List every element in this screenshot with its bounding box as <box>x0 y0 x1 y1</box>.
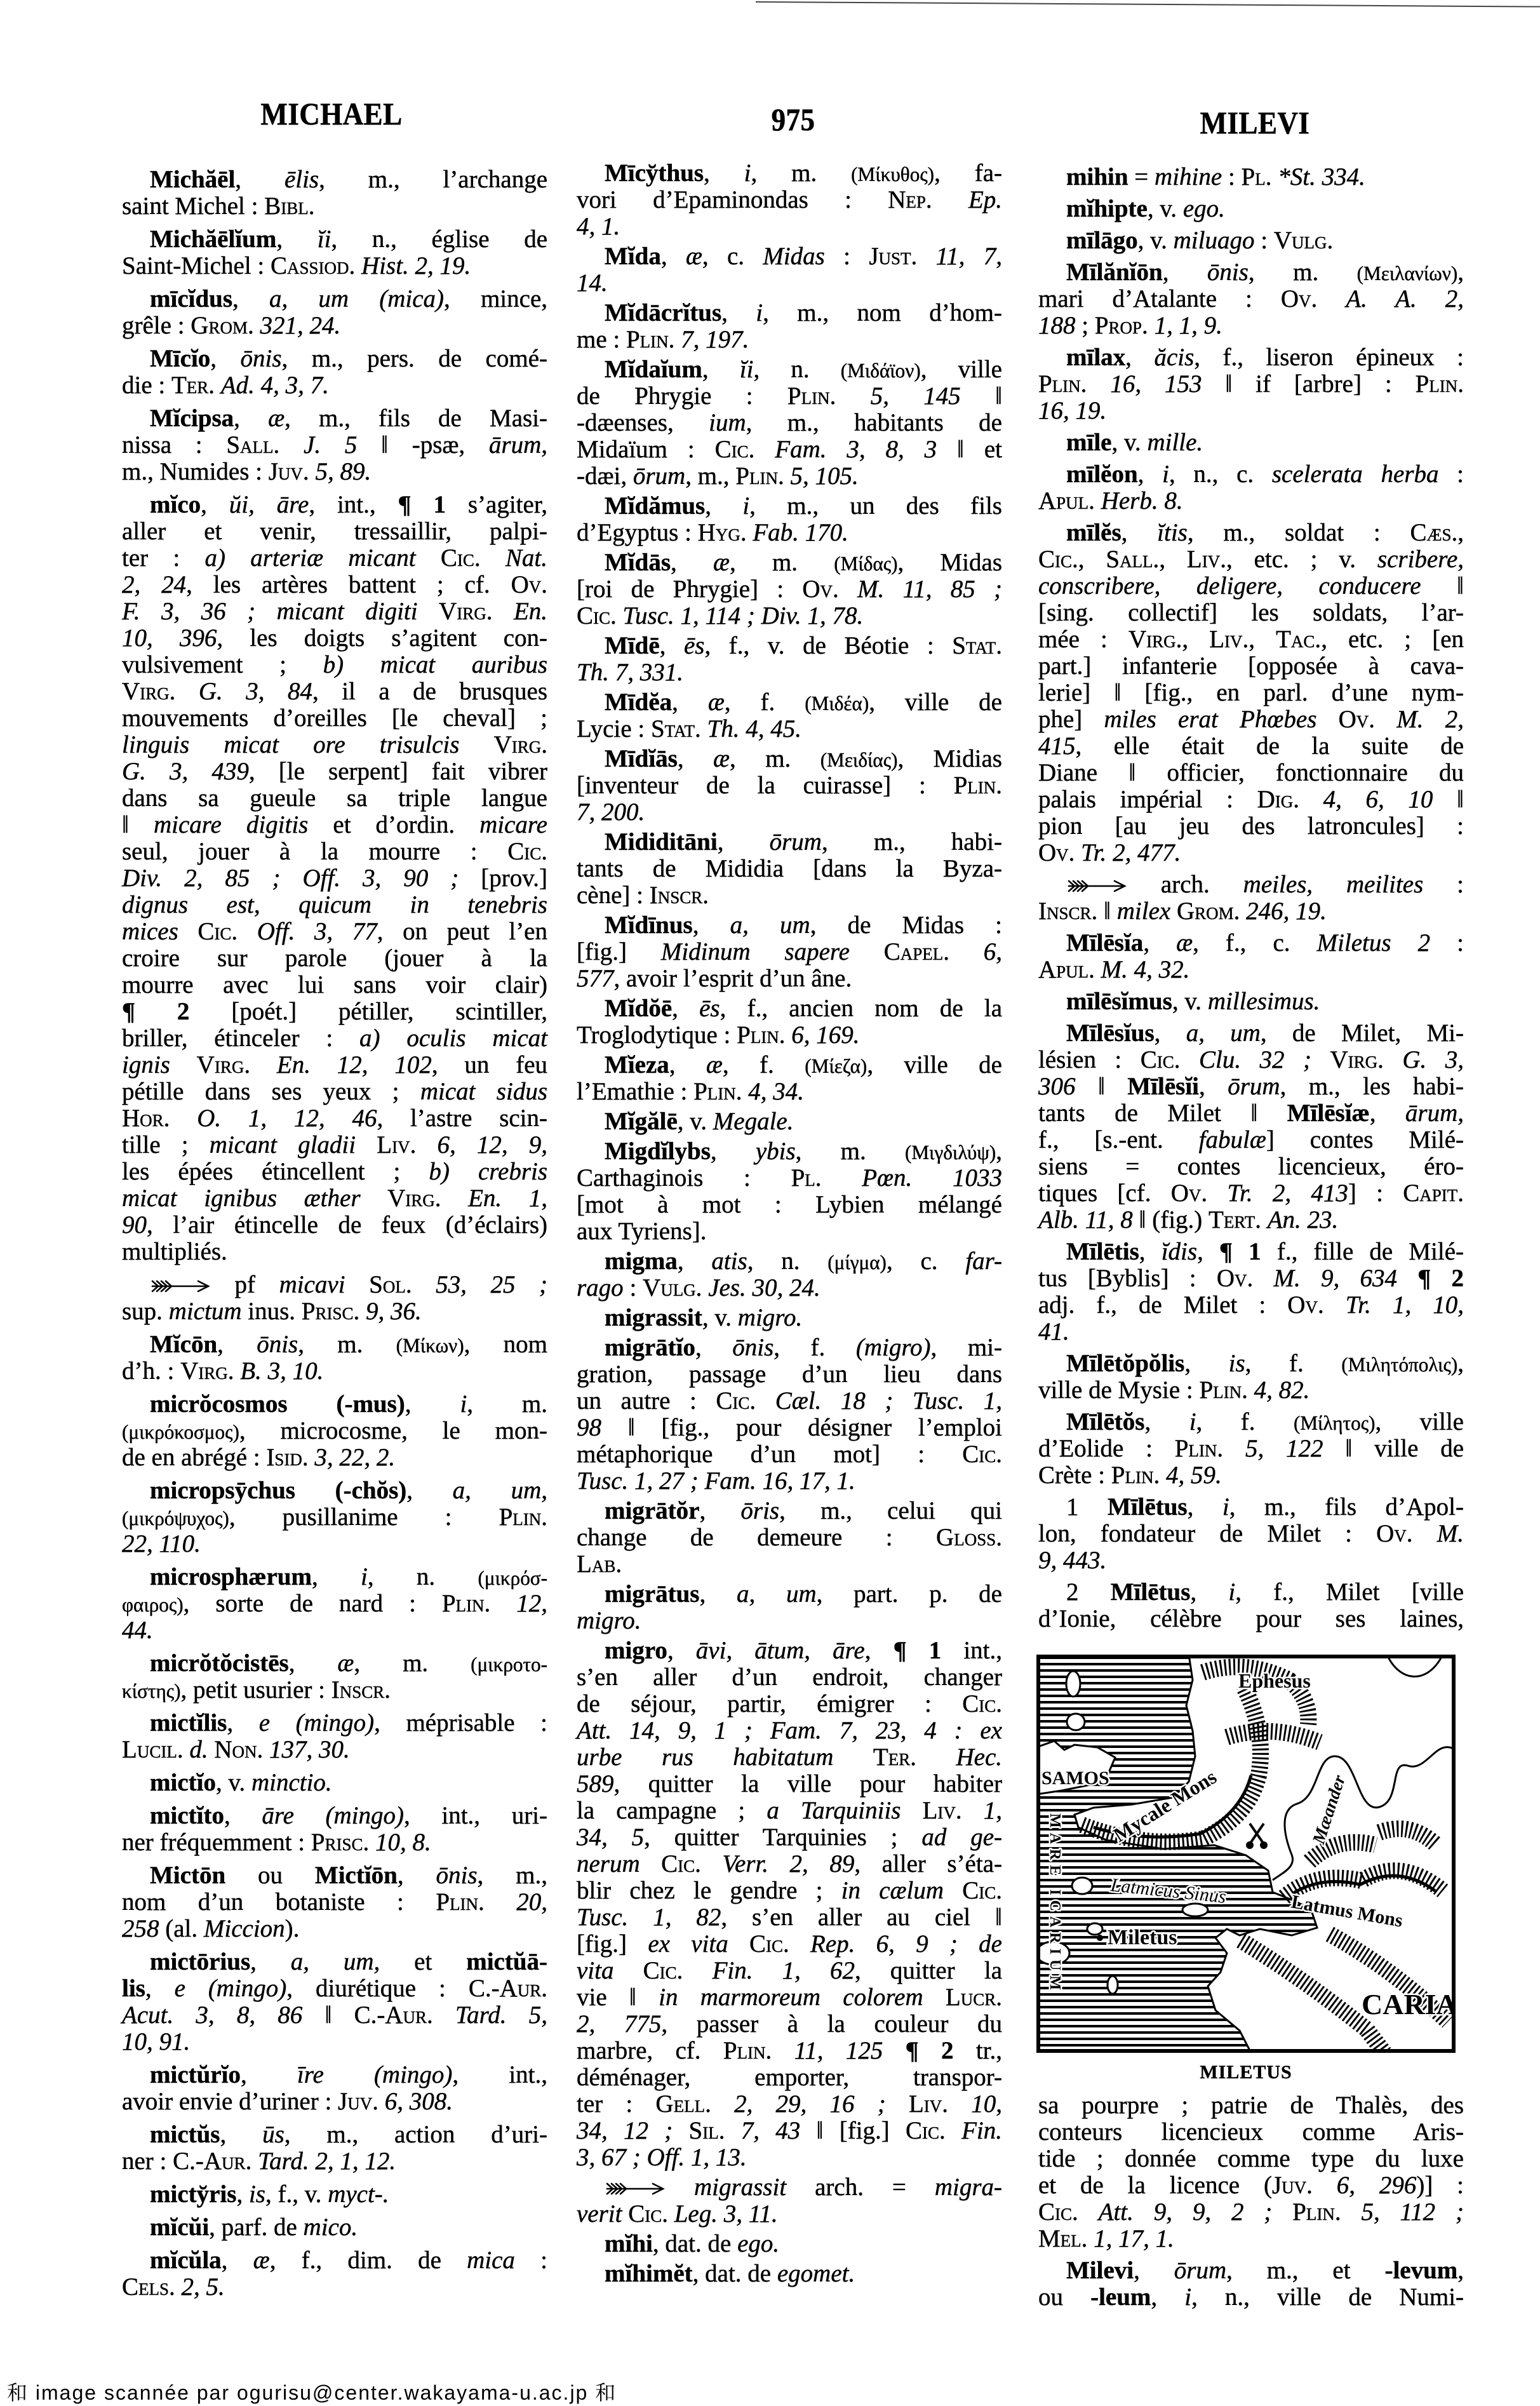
author-abbreviation: Dig. <box>1257 786 1299 813</box>
italic-citation: vita <box>577 1957 613 1984</box>
author-abbreviation: Ov. <box>511 571 547 598</box>
entry-line: mĭcŭi, parf. de mico. <box>122 2214 547 2241</box>
entry-line: f., [s.-ent. fabulæ] contes Milé- <box>1038 1127 1464 1153</box>
italic-citation: 4, 59. <box>1166 1462 1222 1489</box>
greek-form: (Μίκυθος) <box>851 163 934 185</box>
italic-citation: æ <box>686 243 702 270</box>
italic-citation: is <box>249 2181 265 2208</box>
dictionary-entry: mictŭs, ūs, m., action d’uri-ner : C.-Au… <box>122 2121 547 2175</box>
italic-citation: 7, 43 <box>741 2117 801 2144</box>
italic-citation: ōnis <box>1207 259 1249 286</box>
author-abbreviation: Plin. <box>1111 1462 1160 1489</box>
entry-line: dans sa gueule sa triple langue <box>122 785 547 812</box>
italic-citation: M. 4, 32. <box>1101 956 1190 983</box>
headword: Migdĭlybs <box>605 1138 711 1165</box>
italic-citation: i <box>1228 1578 1235 1606</box>
author-abbreviation: Ov. <box>802 575 838 603</box>
author-abbreviation: Ov. <box>1038 839 1075 866</box>
italic-citation: ego. <box>1183 195 1225 222</box>
author-abbreviation: Juv. <box>338 2088 378 2115</box>
italic-citation: i <box>1162 460 1169 488</box>
author-abbreviation: Juv. <box>1272 2172 1313 2199</box>
entry-line: conteurs licencieux comme Aris- <box>1038 2119 1464 2146</box>
entry-line: Lycie : Stat. Th. 4, 45. <box>577 716 1002 743</box>
italic-citation: ōnis <box>241 345 282 372</box>
map-label-caria: CARIA <box>1362 1988 1456 2020</box>
entry-line: Lab. <box>577 1551 1002 1578</box>
entry-line: mĭcŭla, æ, f., dim. de mica : <box>122 2247 547 2274</box>
author-abbreviation: Virg. <box>1128 626 1182 653</box>
italic-citation: Midas <box>763 243 825 270</box>
italic-citation: b) micat auribus <box>323 651 547 678</box>
italic-citation: Div. 2, 85 ; Off. 3, 90 ; <box>122 864 459 892</box>
italic-citation: ĭdis <box>1162 1238 1197 1265</box>
dictionary-entry: mĭhi, dat. de ego. <box>577 2231 1002 2257</box>
entry-line: 90, l’air étincelle de feux (d’éclairs) <box>122 1212 547 1239</box>
headword: mĭhi <box>605 2230 653 2257</box>
italic-citation: 10, 91. <box>122 2028 190 2055</box>
italic-citation: 589 <box>577 1770 614 1798</box>
entry-line: Mictōn ou Mictĭōn, ōnis, m., <box>122 1862 547 1889</box>
dictionary-entry: Mīdē, ēs, f., v. de Béotie : Stat.Th. 7,… <box>577 633 1002 686</box>
entry-line: Mĭdīnus, a, um, de Midas : <box>577 912 1002 939</box>
italic-citation: a) oculis micat <box>359 1025 547 1052</box>
italic-citation: M. 9, 634 <box>1274 1265 1397 1292</box>
entry-line: Mīlănĭōn, ōnis, m. (Μειλανίων), <box>1038 259 1464 286</box>
headword: Mīcĭo <box>150 345 210 372</box>
dictionary-entry: mictĭo, v. minctio. <box>122 1770 547 1796</box>
entry-line: Apul. M. 4, 32. <box>1038 957 1464 983</box>
dictionary-entry: Mīdĕa, æ, f. (Μιδέα), ville deLycie : St… <box>577 689 1002 743</box>
author-abbreviation: Prop. <box>1095 312 1148 339</box>
author-abbreviation: Cic. <box>715 436 755 463</box>
italic-citation: Cæl. 18 ; Tusc. 1, <box>775 1387 1002 1415</box>
headword: Mīlēsĭa <box>1066 929 1143 957</box>
italic-citation: ōrum <box>633 462 685 490</box>
italic-citation: A. A. 2, <box>1346 285 1464 313</box>
headword: Mĭcipsa <box>150 405 234 432</box>
dictionary-entry: mictōrius, a, um, et mictŭā-lis, e (ming… <box>122 1949 547 2055</box>
entry-line: aller et venir, tressaillir, palpi- <box>122 518 547 545</box>
italic-citation: atis <box>711 1247 747 1275</box>
italic-citation: i <box>460 1390 467 1418</box>
greek-form: κίστης) <box>122 1680 181 1702</box>
entry-line: lerie] ‖ [fig., en parl. d’une nym- <box>1038 680 1464 706</box>
dictionary-entry: Mīcy̆thus, i, m. (Μίκυθος), fa-vori d’Ep… <box>577 160 1002 240</box>
entry-line: tus [Byblis] : Ov. M. 9, 634 ¶ 2 <box>1038 1265 1464 1292</box>
entry-line: mīlax, ăcis, f., liseron épineux : <box>1038 344 1464 371</box>
entry-line: mīlĕs, ĭtis, m., soldat : Cæs., <box>1038 520 1464 546</box>
italic-citation: 6, 169. <box>791 1021 859 1049</box>
miletus-city-marker <box>1097 1935 1103 1941</box>
greek-form: (Μιδέα) <box>805 692 869 715</box>
headword: mīcĭdus <box>150 285 232 313</box>
entry-line: s’en aller d’un endroit, changer <box>577 1664 1002 1691</box>
entry-line: (μικρόψυχος), pusillanime : Plin. <box>122 1504 547 1531</box>
italic-citation: a, um, <box>291 1948 380 1975</box>
entry-line: métaphorique d’un mot] : Cic. <box>577 1441 1002 1468</box>
dictionary-entry: mictĭto, āre (mingo), int., uri-ner fréq… <box>122 1803 547 1856</box>
italic-citation: 3, 67 ; Off. 1, 13. <box>577 2144 747 2171</box>
author-abbreviation: Liv. <box>1209 626 1249 653</box>
entry-line: de séjour, partir, émigrer : Cic. <box>577 1691 1002 1717</box>
italic-citation: i <box>361 1563 368 1590</box>
italic-citation: fabulæ <box>1199 1126 1266 1153</box>
entry-line: Migdĭlybs, ybis, m. (Μιγδιλύψ), <box>577 1138 1002 1165</box>
author-abbreviation: Stat. <box>651 715 701 743</box>
headword: mictĭto <box>150 1802 224 1829</box>
headword: migma <box>605 1247 678 1275</box>
author-abbreviation: Lucr. <box>946 1984 1002 2011</box>
italic-citation: Tr. 1, 10, <box>1346 1291 1464 1319</box>
headword: Michăēl <box>150 166 235 193</box>
author-abbreviation: Ov. <box>1281 285 1317 313</box>
entry-line: mictĭlis, e (mingo), méprisable : <box>122 1710 547 1737</box>
entry-line: siens = contes licencieux, éro- <box>1038 1153 1464 1180</box>
italic-citation: ybis <box>756 1138 796 1165</box>
dictionary-entry: migrātŏr, ōris, m., celui quichange de d… <box>577 1498 1002 1578</box>
entry-line: Mīlētis, ĭdis, ¶ 1 f., fille de Milé- <box>1038 1239 1464 1265</box>
author-abbreviation: Cassiod. <box>271 252 355 279</box>
greek-form: (Μειδίας) <box>820 749 898 771</box>
entry-line: 7, 200. <box>577 799 1002 826</box>
entry-line: tiques [cf. Ov. Tr. 2, 413] : Capit. <box>1038 1180 1464 1207</box>
entry-line: conscribere, deligere, conducere ‖ <box>1038 573 1464 600</box>
entry-line: Mĭdās, æ, m. (Μίδας), Midas <box>577 549 1002 576</box>
entry-line: [inventeur de la cuirasse] : Plin. <box>577 772 1002 799</box>
greek-form: (Μίλητος) <box>1294 1412 1376 1434</box>
italic-citation: nerum <box>577 1850 640 1878</box>
dictionary-entry: Mĭdaĭum, ĭi, n. (Μιδάϊον), villede Phryg… <box>577 356 1002 490</box>
italic-citation: Tard. 5, <box>455 2001 547 2029</box>
author-abbreviation: Lab. <box>577 1550 622 1578</box>
author-abbreviation: Sall. <box>1106 546 1159 573</box>
entry-line: adj. f., de Milet : Ov. Tr. 1, 10, <box>1038 1292 1464 1319</box>
entry-line: palais impérial : Dig. 4, 6, 10 ‖ <box>1038 786 1464 813</box>
map-figure: Ephesus SAMOS Mycale Mons Mæander Latmic… <box>1036 1655 1456 2053</box>
entry-line: gration, passage d’un lieu dans <box>577 1361 1002 1388</box>
italic-citation: Tr. 2, 413 <box>1227 1179 1348 1207</box>
headword: Mĭdās <box>605 549 671 576</box>
entry-continuation: sa pourpre ; patrie de Thalès, desconteu… <box>1038 2092 1464 2252</box>
entry-line: 98 ‖ [fig., pour désigner l’emploi <box>577 1415 1002 1441</box>
italic-citation: Miccion <box>204 1915 285 1942</box>
greek-form: (μίγμα) <box>827 1251 887 1274</box>
italic-citation: 11, 125 <box>794 2037 883 2064</box>
greek-form: (μικρόκοσμος) <box>122 1421 239 1443</box>
dictionary-entry: mĭhimĕt, dat. de egomet. <box>577 2261 1002 2287</box>
entry-line: Mīlētŏpŏlis, is, f. (Μιλητόπολις), <box>1038 1350 1464 1377</box>
italic-citation: 34, 12 ; <box>577 2117 673 2144</box>
entry-line: G. 3, 439, [le serpent] fait vibrer <box>122 758 547 785</box>
dictionary-entry: Mīlētŏs, i, f. (Μίλητος), villed’Eolide … <box>1038 1409 1464 1489</box>
italic-citation: G. 3, 439 <box>122 758 249 785</box>
italic-citation: 6, 12, 9, <box>437 1131 547 1159</box>
dictionary-entry: migma, atis, n. (μίγμα), c. far-rago : V… <box>577 1248 1002 1301</box>
entry-line: lis, e (mingo), diurétique : C.-Aur. <box>122 1975 547 2002</box>
headword: mīlēsĭmus <box>1066 988 1172 1015</box>
entry-line: Mĭcōn, ōnis, m. (Μίκων), nom <box>122 1331 547 1358</box>
entry-line: mīlēsĭmus, v. millesimus. <box>1038 988 1464 1015</box>
italic-citation: mictum <box>169 1298 242 1325</box>
italic-citation: 5, 112 ; <box>1361 2198 1464 2226</box>
italic-citation: ōrum <box>1228 1073 1280 1100</box>
author-abbreviation: Virg. <box>197 1051 250 1079</box>
entry-line: pion [au jeu des latroncules] : <box>1038 813 1464 840</box>
headword: Mīlănĭōn <box>1066 259 1163 286</box>
entry-line: 16, 19. <box>1038 398 1464 424</box>
italic-citation: ĭtis <box>1157 519 1188 546</box>
author-abbreviation: Liv. <box>923 1797 962 1824</box>
italic-citation: An. 23. <box>1268 1206 1339 1233</box>
italic-citation: Alb. 11, 8 <box>1038 1206 1133 1233</box>
author-abbreviation: Inscr. <box>650 882 709 909</box>
entry-line: ville de Mysie : Plin. 4, 82. <box>1038 1377 1464 1404</box>
author-abbreviation: Plin. <box>737 1021 785 1049</box>
author-abbreviation: Liv. <box>909 2090 948 2118</box>
greek-form: (Μίεζα) <box>805 1055 867 1077</box>
greek-form: (μικρόσ- <box>478 1567 547 1589</box>
entry-line: Saint-Michel : Cassiod. Hist. 2, 19. <box>122 253 547 279</box>
italic-citation: ego. <box>737 2230 779 2257</box>
italic-citation: En. 1, <box>468 1185 547 1212</box>
italic-citation: æ <box>1176 929 1193 957</box>
entry-line: 3, 67 ; Off. 1, 13. <box>577 2144 1002 2171</box>
entry-note: pf micavi Sol. 53, 25 ;sup. mictum inus.… <box>122 1272 547 1325</box>
entry-line: Alb. 11, 8 ‖ (fig.) Tert. An. 23. <box>1038 1207 1464 1233</box>
sense-marker: ¶ 1 <box>398 491 446 518</box>
author-abbreviation: Cæs. <box>1410 519 1457 546</box>
author-abbreviation: Apul. <box>1038 487 1095 514</box>
italic-citation: 306 <box>1038 1073 1076 1100</box>
italic-citation: 4, 6, 10 <box>1323 786 1433 813</box>
author-abbreviation: Ov. <box>1171 1179 1207 1207</box>
dictionary-entry: mĭhipte, v. ego. <box>1038 196 1464 222</box>
author-abbreviation: Virg. <box>180 1357 234 1385</box>
headword: Mĭdaĭum <box>605 356 702 383</box>
italic-citation: Off. 3, 77 <box>257 918 377 945</box>
dictionary-entry: mihin = mihine : Pl. *St. 334. <box>1038 164 1464 191</box>
entry-line: pf micavi Sol. 53, 25 ; <box>122 1272 547 1298</box>
headword: mictŭs <box>150 2121 220 2148</box>
headword: micrŏtŏcistēs <box>150 1650 289 1677</box>
headword: mĭhipte <box>1066 195 1148 222</box>
entry-line: Mĭcipsa, æ, m., fils de Masi- <box>122 405 547 432</box>
author-abbreviation: Grom. <box>191 312 253 339</box>
miletus-map: Ephesus SAMOS Mycale Mons Mæander Latmic… <box>1036 1655 1456 2053</box>
italic-citation: 90 <box>122 1211 147 1239</box>
italic-citation: dignus est, quicum in tenebris <box>122 891 547 918</box>
author-abbreviation: Plin. <box>442 1590 490 1617</box>
italic-citation: a, um <box>737 1580 817 1608</box>
entry-line: 34, 5, quitter Tarquinies ; ad ge- <box>577 1824 1002 1851</box>
italic-citation: Verr. 2, 89 <box>722 1850 854 1878</box>
entry-line: [fig.] Midinum sapere Capel. 6, <box>577 939 1002 965</box>
entry-line: ner fréquemment : Prisc. 10, 8. <box>122 1829 547 1856</box>
headword: Mīlētus <box>1111 1578 1191 1606</box>
italic-citation: ignis <box>122 1051 170 1079</box>
page-number: 975 <box>772 104 815 135</box>
italic-citation: āvi, ātum, āre <box>696 1637 865 1664</box>
italic-citation: i <box>1184 2283 1191 2311</box>
dictionary-entry: 1 Mīlētus, i, m., fils d’Apol-lon, fonda… <box>1038 1494 1464 1574</box>
italic-citation: ōnis <box>436 1862 478 1889</box>
dictionary-entry: Migdĭlybs, ybis, m. (Μιγδιλύψ),Carthagin… <box>577 1138 1002 1245</box>
headword: Mīdĕa <box>605 689 672 716</box>
greek-form: (Μιγδιλύψ) <box>905 1141 996 1164</box>
author-abbreviation: Vulg. <box>1274 227 1333 254</box>
entry-line: -dæi, ōrum, m., Plin. 5, 105. <box>577 463 1002 490</box>
italic-citation: G. 3, <box>1402 1046 1464 1073</box>
headword: mihin <box>1066 163 1128 191</box>
italic-citation: āre (mingo) <box>262 1802 404 1829</box>
headword: migro <box>605 1637 667 1664</box>
italic-citation: ĭi <box>740 356 754 383</box>
entry-line: migrassit, v. migro. <box>577 1305 1002 1331</box>
entry-line: Mel. 1, 17, 1. <box>1038 2226 1464 2252</box>
entry-line: Th. 7, 331. <box>577 659 1002 686</box>
dictionary-entry: 2 Mīlētus, i, f., Milet [villed’Ionie, c… <box>1038 1579 1464 1632</box>
entry-line: die : Ter. Ad. 4, 3, 7. <box>122 372 547 399</box>
headword: lis <box>122 1975 145 2002</box>
dictionary-entry: Mĭcōn, ōnis, m. (Μίκων), nomd’h. : Virg.… <box>122 1331 547 1385</box>
author-abbreviation: Grom. <box>1177 897 1240 925</box>
italic-citation: mille. <box>1147 429 1203 456</box>
italic-citation: 2, 29, 16 ; <box>734 2090 886 2118</box>
italic-citation: 2, 5. <box>182 2273 225 2301</box>
author-abbreviation: Cic. <box>577 602 617 629</box>
italic-citation: B. 3, 10. <box>240 1357 323 1385</box>
italic-citation: verit <box>577 2200 622 2228</box>
author-abbreviation: Inscr. <box>331 1676 391 1704</box>
italic-citation: 10, <box>971 2090 1002 2118</box>
italic-citation: 20, <box>516 1888 547 1916</box>
entry-line: 1 Mīlētus, i, m., fils d’Apol- <box>1038 1494 1464 1521</box>
author-abbreviation: Hyg. <box>698 519 747 546</box>
italic-citation: *St. 334. <box>1278 163 1365 191</box>
entry-line: les épées étincellent ; b) crebris <box>122 1159 547 1185</box>
italic-citation: urbe rus habitatum <box>577 1744 833 1771</box>
italic-citation: meiles, meilites <box>1243 871 1424 898</box>
headword: Mīlētis <box>1066 1238 1139 1265</box>
italic-citation: F. 3, 36 ; micant digiti <box>122 598 418 625</box>
italic-citation: migrassit <box>694 2174 786 2201</box>
greek-form: (μικροτο- <box>471 1653 547 1676</box>
author-abbreviation: Prisc. <box>302 1298 359 1325</box>
italic-citation: Clu. 32 ; <box>1199 1046 1311 1073</box>
author-abbreviation: Bibl. <box>264 192 314 220</box>
italic-citation: myct-. <box>328 2181 389 2208</box>
author-abbreviation: Plin. <box>1292 2198 1341 2226</box>
entry-line: Mīdĕa, æ, f. (Μιδέα), ville de <box>577 689 1002 716</box>
italic-citation: 9, 36. <box>366 1298 422 1325</box>
italic-citation: 188 <box>1038 312 1076 339</box>
italic-citation: 2, 775 <box>577 2010 661 2038</box>
author-abbreviation: Ov. <box>1217 1265 1253 1292</box>
entry-note: migrassit arch. = migra-verit Cic. Leg. … <box>577 2174 1002 2228</box>
dictionary-entry: Mĭdīnus, a, um, de Midas :[fig.] Midinum… <box>577 912 1002 992</box>
sense-marker: ¶ 1 <box>894 1637 942 1664</box>
dictionary-entry: mīlēsĭmus, v. millesimus. <box>1038 988 1464 1015</box>
dictionary-entry: Mĭdămus, i, m., un des filsd’Egyptus : H… <box>577 493 1002 546</box>
entry-line: ter : a) arteriæ micant Cic. Nat. <box>122 545 547 572</box>
dictionary-entry: migro, āvi, ātum, āre, ¶ 1 int.,s’en all… <box>577 1637 1002 2171</box>
author-abbreviation: Ov. <box>1339 706 1375 733</box>
dictionary-entry: mĭcŭi, parf. de mico. <box>122 2214 547 2241</box>
entry-line: ‖ micare digitis et d’ordin. micare <box>122 812 547 838</box>
italic-citation: is <box>1229 1350 1245 1377</box>
entry-line: tants de Mididia [dans la Byza- <box>577 856 1002 882</box>
entry-line: Mīdē, ēs, f., v. de Béotie : Stat. <box>577 633 1002 659</box>
sense-marker: ¶ 2 <box>906 2037 954 2064</box>
entry-line: ¶ 2 [poét.] pétiller, scintiller, <box>122 998 547 1025</box>
entry-line: nom d’un botaniste : Plin. 20, <box>122 1889 547 1916</box>
italic-citation: 34, 5 <box>577 1824 644 1851</box>
author-abbreviation: Sil. <box>689 2117 725 2144</box>
entry-line: de en abrégé : Isid. 3, 22, 2. <box>122 1444 547 1471</box>
headword: migrassit <box>605 1304 702 1331</box>
italic-citation: a Tarquiniis <box>767 1797 901 1824</box>
headword: micropsȳchus (-chŏs) <box>150 1477 406 1504</box>
entry-line: microsphærum, i, n. (μικρόσ- <box>122 1564 547 1590</box>
italic-citation: ex vita <box>648 1930 728 1958</box>
author-abbreviation: Plin. <box>1199 1376 1247 1404</box>
author-abbreviation: Virg. <box>439 598 492 625</box>
entry-line: κίστης), petit usurier : Inscr. <box>122 1677 547 1704</box>
italic-citation: 5, 145 <box>871 382 961 410</box>
author-abbreviation: Liv. <box>1187 546 1226 573</box>
entry-line: Mīlēsĭus, a, um, de Milet, Mi- <box>1038 1020 1464 1047</box>
entry-line: migro. <box>577 1608 1002 1634</box>
dictionary-entry: Mĭdŏē, ēs, f., ancien nom de laTroglodyt… <box>577 995 1002 1049</box>
author-abbreviation: Capel. <box>884 938 949 965</box>
italic-citation: Tr. 2, 477. <box>1081 839 1181 866</box>
entry-line: mices Cic. Off. 3, 77, on peut l’en <box>122 918 547 945</box>
greek-form: (Μίκων) <box>396 1334 464 1357</box>
headword: micrŏcosmos (-mus) <box>150 1390 405 1418</box>
italic-citation: micat ignibus æther <box>122 1185 361 1212</box>
italic-citation: M. <box>1437 1520 1464 1547</box>
dictionary-entry: Mīcĭo, ōnis, m., pers. de comé-die : Ter… <box>122 346 547 399</box>
map-label-miletus: Miletus <box>1108 1926 1177 1949</box>
author-abbreviation: Isid. <box>266 1444 308 1471</box>
entry-line: Apul. Herb. 8. <box>1038 488 1464 514</box>
italic-citation: ŭi, āre <box>229 491 309 518</box>
entry-line: 589, quitter la ville pour habiter <box>577 1771 1002 1798</box>
author-abbreviation: C.-Aur. <box>354 2001 433 2029</box>
italic-citation: Hec. <box>956 1744 1002 1771</box>
italic-citation: Jes. 30, 24. <box>708 1274 820 1301</box>
author-abbreviation: Lucil. <box>122 1736 184 1763</box>
italic-citation: æ <box>253 2247 270 2274</box>
entry-line: et de la licence (Juv. 6, 296)] : <box>1038 2172 1464 2199</box>
author-abbreviation: Plin. <box>723 2037 772 2064</box>
greek-form: (Μιλητόπολις) <box>1341 1354 1457 1376</box>
entry-line: 306 ‖ Mīlēsĭi, ōrum, m., les habi- <box>1038 1073 1464 1100</box>
italic-citation: 16, 19. <box>1038 397 1106 424</box>
author-abbreviation: Inscr. <box>1038 897 1097 925</box>
entry-line: vulsivement ; b) micat auribus <box>122 652 547 678</box>
italic-citation: 11, 7, <box>936 243 1002 270</box>
headword: mīlāgo <box>1066 227 1138 254</box>
entry-line: micrŏcosmos (-mus), i, m. <box>122 1391 547 1418</box>
italic-citation: 3, 22, 2. <box>314 1444 395 1471</box>
entry-line: 4, 1. <box>577 213 1002 240</box>
entry-line: mĭhipte, v. ego. <box>1038 196 1464 222</box>
author-abbreviation: Prisc. <box>311 1829 369 1856</box>
entry-line: blir chez le gendre ; in cælum Cic. <box>577 1878 1002 1904</box>
italic-citation: b) crebris <box>429 1158 547 1185</box>
